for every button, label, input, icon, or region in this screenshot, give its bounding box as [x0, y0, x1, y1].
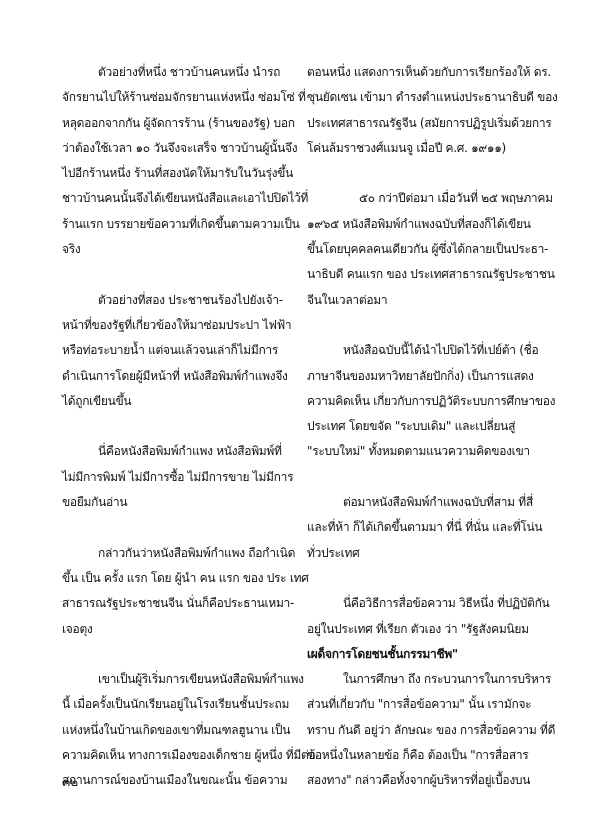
text-line: นี้ เมื่อครั้งเป็นนักเรียนอยู่ในโรงเรียน…: [62, 692, 310, 717]
text-line: ชาวบ้านคนนั้นจึงได้เขียนหนังสือและเอาไปป…: [62, 186, 310, 211]
text-line: หนังสือฉบับนี้ได้นำไปปิดไว้ที่เปย์ต้า (ช…: [307, 338, 555, 363]
text-line: ตัวอย่างที่สอง ประชาชนร้องไปยังเจ้า-: [62, 288, 310, 313]
text-line: ทราบ กันดี อยู่ว่า ลักษณะ ของ การสื่อข้อ…: [307, 718, 555, 743]
text-line: นี่คือหนังสือพิมพ์กำแพง หนังสือพิมพ์ที่: [62, 439, 310, 464]
text-line: ความคิดเห็น เกี่ยวกับการปฏิวัติระบบการศึ…: [307, 389, 555, 414]
text-line: กล่าวกันว่าหนังสือพิมพ์กำแพง ถือกำเนิด: [62, 541, 310, 566]
paragraph-gap: [307, 465, 555, 490]
text-line: ว่าต้องใช้เวลา ๑๐ วันจึงจะเสร็จ ชาวบ้านผ…: [62, 136, 310, 161]
text-line: จริง: [62, 237, 310, 262]
text-line: ๑๙๖๕ หนังสือพิมพ์กำแพงฉบับที่สองก็ได้เขี…: [307, 212, 555, 237]
paragraph-gap: [62, 642, 310, 667]
text-line: ไปอีกร้านหนึ่ง ร้านที่สองนัดให้มารับในวั…: [62, 161, 310, 186]
text-line: ซุนยัดเซน เข้ามา ดำรงตำแหน่งประธานาธิบดี…: [307, 85, 555, 110]
right-column: ตอนหนึ่ง แสดงการเห็นด้วยกับการเรียกร้องใ…: [307, 60, 555, 794]
text-line: ทั่วประเทศ: [307, 541, 555, 566]
text-line: ตอนหนึ่ง แสดงการเห็นด้วยกับการเรียกร้องใ…: [307, 60, 555, 85]
text-line: สาธารณรัฐประชาชนจีน นั่นก็คือประธานเหมา-: [62, 591, 310, 616]
text-line: ได้ถูกเขียนขึ้น: [62, 389, 310, 414]
text-line: ในการศึกษา ถึง กระบวนการในการบริหาร: [307, 667, 555, 692]
text-line: ข้อหนึ่งในหลายข้อ ก็คือ ต้องเป็น "การสื่…: [307, 743, 555, 768]
text-line: จีนในเวลาต่อมา: [307, 288, 555, 313]
text-line: สถานการณ์ของบ้านเมืองในขณะนั้น ข้อความ: [62, 768, 310, 793]
paragraph-gap: [62, 515, 310, 540]
text-line: ตัวอย่างที่หนึ่ง ชาวบ้านคนหนึ่ง นำรถ: [62, 60, 310, 85]
text-line: ขอยืมกันอ่าน: [62, 490, 310, 515]
paragraph-gap: [307, 161, 555, 186]
text-line: ประเทศสาธารณรัฐจีน (สมัยการปฏิรูปเริ่มด้…: [307, 111, 555, 136]
text-line: สองทาง" กล่าวคือทั้งจากผู้บริหารที่อยู่เ…: [307, 768, 555, 793]
paragraph-gap: [307, 566, 555, 591]
text-line: หลุดออกจากกัน ผู้จัดการร้าน (ร้านของรัฐ)…: [62, 111, 310, 136]
document-page: ตัวอย่างที่หนึ่ง ชาวบ้านคนหนึ่ง นำรถจักร…: [0, 0, 600, 837]
text-line: เจอตุง: [62, 617, 310, 642]
page-number: ๓๒: [62, 773, 78, 792]
text-line: โค่นล้มราชวงศ์แมนจู เมื่อปี ค.ศ. ๑๙๑๑): [307, 136, 555, 161]
text-line: ไม่มีการพิมพ์ ไม่มีการซื้อ ไม่มีการขาย ไ…: [62, 465, 310, 490]
text-line: เผด็จการโดยชนชั้นกรรมาชีพ": [307, 642, 555, 667]
text-line: ขึ้น เป็น ครั้ง แรก โดย ผู้นำ คน แรก ของ…: [62, 566, 310, 591]
left-column: ตัวอย่างที่หนึ่ง ชาวบ้านคนหนึ่ง นำรถจักร…: [62, 60, 310, 794]
text-line: ภาษาจีนของมหาวิทยาลัยปักกิ่ง) เป็นการแสด…: [307, 364, 555, 389]
text-line: ร้านแรก บรรยายข้อความที่เกิดขึ้นตามความเ…: [62, 212, 310, 237]
text-line: ๕๐ กว่าปีต่อมา เมื่อวันที่ ๒๕ พฤษภาคม: [307, 186, 555, 211]
text-line: หน้าที่ของรัฐที่เกี่ยวข้องให้มาซ่อมประปา…: [62, 313, 310, 338]
text-line: และที่ห้า ก็ได้เกิดขึ้นตามมา ที่นี่ ที่น…: [307, 515, 555, 540]
paragraph-gap: [307, 313, 555, 338]
text-line: นาธิบดี คนแรก ของ ประเทศสาธารณรัฐประชาชน: [307, 262, 555, 287]
text-line: นี่คือวิธีการสื่อข้อความ วิธีหนึ่ง ที่ปฏ…: [307, 591, 555, 616]
text-line: "ระบบใหม่" ทั้งหมดตามแนวความคิดของเขา: [307, 439, 555, 464]
text-line: ต่อมาหนังสือพิมพ์กำแพงฉบับที่สาม ที่สี่: [307, 490, 555, 515]
text-line: ดำเนินการโดยผู้มีหน้าที่ หนังสือพิมพ์กำแ…: [62, 364, 310, 389]
paragraph-gap: [62, 414, 310, 439]
text-line: หรือท่อระบายน้ำ แต่จนแล้วจนเล่าก็ไม่มีกา…: [62, 338, 310, 363]
paragraph-gap: [62, 262, 310, 287]
text-line: เขาเป็นผู้ริเริ่มการเขียนหนังสือพิมพ์กำแ…: [62, 667, 310, 692]
text-line: อยู่ในประเทศ ที่เรียก ตัวเอง ว่า "รัฐสัง…: [307, 617, 555, 642]
text-line: จักรยานไปให้ร้านซ่อมจักรยานแห่งหนึ่ง ซ่อ…: [62, 85, 310, 110]
text-line: แห่งหนึ่งในบ้านเกิดของเขาที่มณฑลฮูนาน เป…: [62, 718, 310, 743]
text-line: ขึ้นโดยบุคคลคนเดียวกัน ผู้ซึ่งได้กลายเป็…: [307, 237, 555, 262]
text-line: ส่วนที่เกี่ยวกับ "การสื่อข้อความ" นั้น เ…: [307, 692, 555, 717]
text-line: ความคิดเห็น ทางการเมืองของเด็กชาย ผู้หนึ…: [62, 743, 310, 768]
text-line: ประเทศ โดยขจัด "ระบบเดิม" และเปลี่ยนสู่: [307, 414, 555, 439]
